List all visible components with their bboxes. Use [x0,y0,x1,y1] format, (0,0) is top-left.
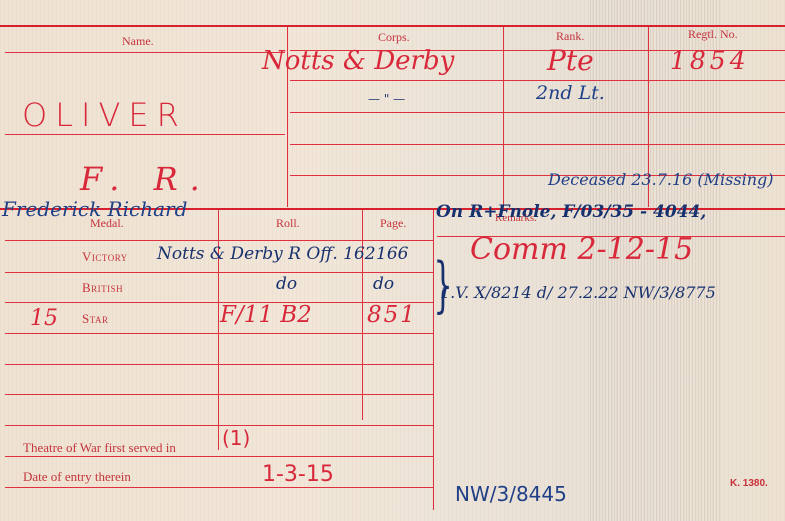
top-rule [0,25,785,27]
rule [5,272,433,273]
medal-victory-label: Victory [82,249,128,265]
surname: OLIVER [22,96,187,134]
rule [5,394,433,395]
rule [290,80,785,81]
roll-header: Roll. [276,216,300,231]
divider [362,210,363,420]
rank-second-value: 2nd Lt. [536,82,605,104]
divider [503,27,504,207]
initials: F. R. [80,160,212,198]
victory-roll: Notts & Derby R Off. 162 [157,244,376,264]
rule [290,112,785,113]
regtl-no-value: 1854 [670,46,750,75]
rule [5,333,433,334]
theatre-value: (1) [222,426,250,450]
victory-page: 166 [376,244,408,264]
star-page: 851 [367,302,417,328]
medal-star-label: Star [82,311,109,327]
corps-ditto: — " — [368,92,405,106]
date-entry-value: 1-3-15 [262,462,334,487]
british-page: do [373,274,394,294]
rule [5,134,285,135]
british-roll: do [276,274,297,294]
rank-header: Rank. [556,29,584,44]
rule [290,144,785,145]
rule [5,52,285,53]
rule [5,487,433,488]
rule [5,456,433,457]
deceased-note: Deceased 23.7.16 (Missing) [548,170,774,189]
star-prefix: 15 [30,306,58,331]
remarks-commission: Comm 2-12-15 [470,232,693,267]
theatre-label: Theatre of War first served in [23,440,176,456]
forenames: Frederick Richard [2,197,187,221]
remarks-line-1: On R+Fnole, F/03/35 - 4044, [436,202,706,222]
corps-value: Notts & Derby [262,46,454,76]
star-roll: F/11 B2 [220,302,312,328]
remarks-line-3: 1.V. X/8214 d/ 27.2.22 NW/3/8775 [440,283,716,302]
rule [5,240,433,241]
remarks-footer-note: NW/3/8445 [455,482,567,506]
rule [5,364,433,365]
medal-british-label: British [82,280,123,296]
date-entry-label: Date of entry therein [23,469,131,485]
corps-header: Corps. [378,30,410,45]
form-code: K. 1380. [730,478,768,489]
page-header: Page. [380,216,406,231]
medal-index-card: Name. Corps. Rank. Regtl. No. Medal. Rol… [0,0,785,521]
name-header: Name. [122,34,154,49]
rule [5,425,433,426]
rank-value: Pte [547,44,594,77]
regtl-no-header: Regtl. No. [688,27,738,42]
